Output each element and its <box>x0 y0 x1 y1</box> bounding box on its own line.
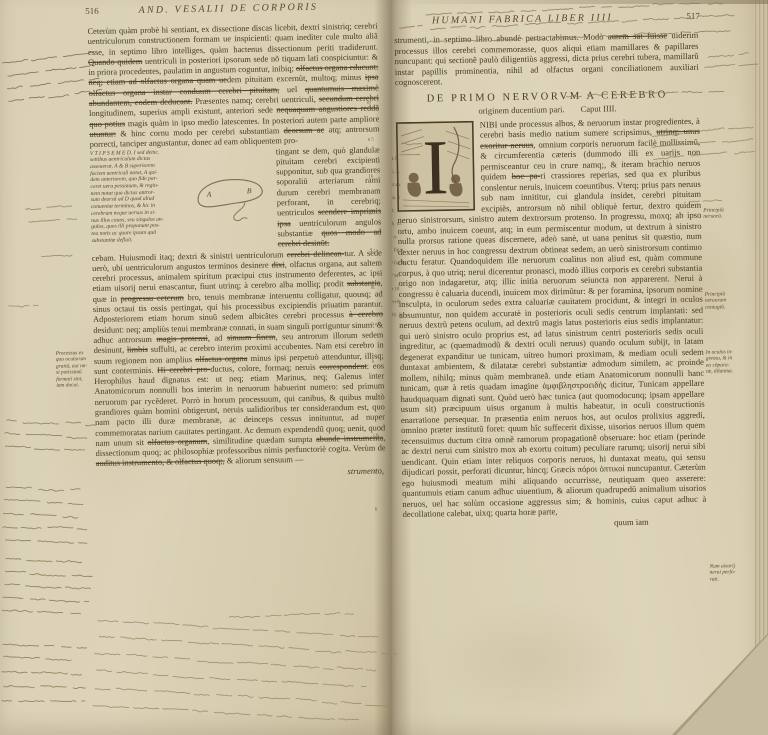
struck-text: autem sat fuisse <box>608 30 667 41</box>
right-page-header: HUMANI FABRICA LIBER IIII 517 <box>432 11 700 27</box>
struck-text: progressu ceterum <box>121 293 184 303</box>
printed-margin-note: Principiũneruorumconiugiũ. <box>705 291 755 311</box>
left-page-text-block: Ceterùm quàm probè hi sentiant, ex disse… <box>87 21 386 480</box>
chapter-caput: Caput IIII. <box>581 103 617 114</box>
diagram-label-b: B <box>247 186 252 195</box>
left-page-surface: 516 AND. VESALII DE CORPORIS Ceterùm quà… <box>0 0 392 735</box>
struck-text: dixi <box>272 260 285 269</box>
right-body-wrap: I NIBI unde processus albos, & neruorum … <box>396 115 707 519</box>
left-body-paragraph-1: Ceterùm quàm probè hi sentiant, ex disse… <box>87 21 379 150</box>
chapter-heading: DE PRIMO NERVORVM A CEREBRO originem duc… <box>395 88 699 116</box>
struck-text: Hi cerebri pro- <box>157 365 210 375</box>
printed-text: ductus, colore, formaq; neruis <box>210 362 319 373</box>
book-gutter <box>374 0 412 735</box>
struck-text: deorsum ac <box>284 125 325 135</box>
initial-letter-glyph: I <box>422 123 449 210</box>
printed-margin-note: In oculos in-gressu, & ineo cõpara-tæ, d… <box>706 349 756 375</box>
side-note-float: V T I P S E M E D. I sed deinc.settibus … <box>90 147 278 247</box>
diagram-label-a: A <box>206 189 212 198</box>
printed-text: , ad <box>208 333 227 342</box>
top-page-edge <box>392 0 768 4</box>
right-page-number: 517 <box>686 11 700 21</box>
struck-text: utuntur: <box>89 129 116 139</box>
printed-text: Ceterùm quàm probè hi sentiant, ex disse… <box>87 21 378 56</box>
printed-text: uel <box>279 85 305 94</box>
struck-text: sinuum finem <box>227 332 276 342</box>
left-page-header: 516 AND. VESALII DE CORPORIS <box>85 0 377 17</box>
left-page: 516 AND. VESALII DE CORPORIS Ceterùm quà… <box>0 0 392 735</box>
struck-text: magis protensi <box>156 334 208 344</box>
left-body-paragraph-3: cebam. Huiusmodi itaq; dextri & sinistri… <box>92 248 386 470</box>
left-page-number: 516 <box>85 6 99 16</box>
right-page: HUMANI FABRICA LIBER IIII 517 strumenti,… <box>392 0 756 735</box>
printed-margin-note: Principiũneruorũ. <box>703 207 753 221</box>
struck-text: olfactus organa <box>195 354 247 364</box>
side-note-row: V T I P S E M E D. I sed deinc.settibus … <box>90 145 382 254</box>
struck-text: olfactus organum <box>147 437 207 447</box>
hand-drawn-diagram: A B <box>184 169 273 229</box>
struck-text: hoc pa- <box>512 171 541 181</box>
open-book: 516 AND. VESALII DE CORPORIS Ceterùm quà… <box>0 0 768 735</box>
printed-side-note: V T I P S E M E D. I sed deinc.settibus … <box>90 149 186 245</box>
right-page-surface: HUMANI FABRICA LIBER IIII 517 strumenti,… <box>392 0 756 735</box>
struck-text: limbis <box>127 345 148 354</box>
fore-edge-page-stack <box>754 0 768 735</box>
right-page-text-block: strumenti, in septimo libro abundè pertr… <box>394 30 707 531</box>
chapter-subtitle: originem ducentium pari. <box>478 104 564 116</box>
struck-text: auditus instrumento, & olfactus quoq;, <box>96 457 225 468</box>
struck-text: cerebri delinean- <box>287 249 345 259</box>
left-running-header: AND. VESALII DE CORPORIS <box>139 2 319 16</box>
diagram-tail <box>234 202 248 220</box>
right-running-header: HUMANI FABRICA LIBER IIII <box>432 12 613 26</box>
list-item: substantiæ defluit. <box>91 236 185 245</box>
right-intro-paragraph: strumenti, in septimo libro abundè pertr… <box>394 30 699 88</box>
printed-text: ἀμφιβληστροειδὴς <box>542 379 606 390</box>
printed-text: πόροι ὀπτικοί <box>577 463 624 474</box>
printed-margin-note: Processus exquo oculorumgratiâ, aut na-s… <box>56 350 107 389</box>
struck-text: Quando quidem <box>88 57 142 67</box>
printed-margin-note: Num uisorijnerui perfo-rati. <box>709 563 756 583</box>
struck-text: correspondent <box>319 362 367 372</box>
printed-text: , similitudine quædam sumpta <box>207 435 316 446</box>
printed-text: & aliorum sensuum — <box>225 455 304 466</box>
